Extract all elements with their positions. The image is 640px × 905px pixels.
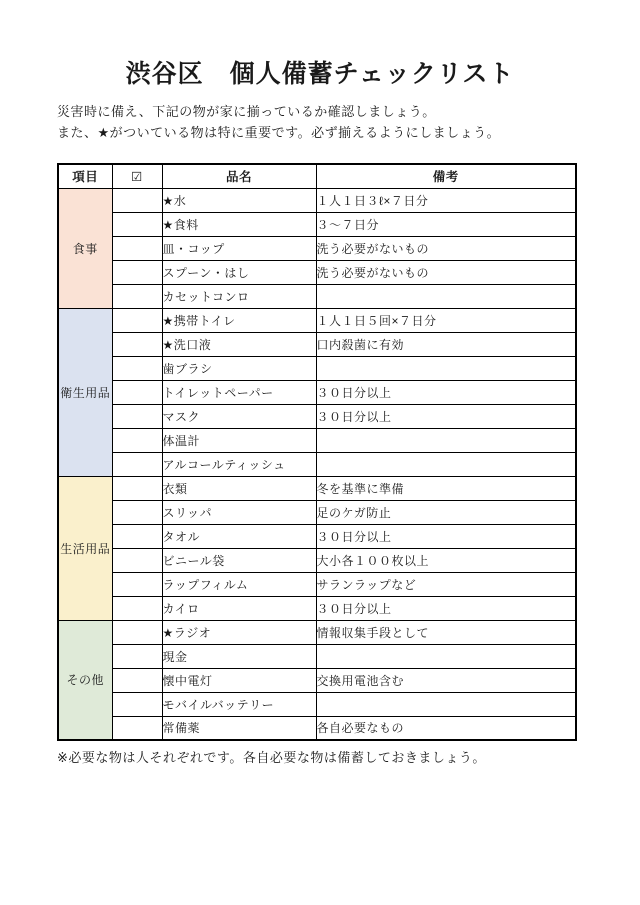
item-name-cell: スリッパ xyxy=(162,500,316,524)
item-name-cell: トイレットペーパー xyxy=(162,380,316,404)
item-note-cell: 交換用電池含む xyxy=(316,668,576,692)
item-note-cell: 洗う必要がないもの xyxy=(316,236,576,260)
item-name-cell: スプーン・はし xyxy=(162,260,316,284)
item-note-cell: 洗う必要がないもの xyxy=(316,260,576,284)
checkbox-cell[interactable] xyxy=(112,524,162,548)
item-note-cell: サランラップなど xyxy=(316,572,576,596)
intro-line-2: また、★がついている物は特に重要です。必ず揃えるようにしましょう。 xyxy=(57,122,500,143)
checkbox-cell[interactable] xyxy=(112,548,162,572)
header-item-name: 品名 xyxy=(162,164,316,188)
table-row: ビニール袋大小各１００枚以上 xyxy=(58,548,576,572)
table-body: 食事★水１人１日３ℓ×７日分★食料３～７日分皿・コップ洗う必要がないものスプーン… xyxy=(58,188,576,740)
checkbox-cell[interactable] xyxy=(112,692,162,716)
checkbox-cell[interactable] xyxy=(112,188,162,212)
item-name-cell: マスク xyxy=(162,404,316,428)
checkbox-cell[interactable] xyxy=(112,356,162,380)
item-name-cell: 常備薬 xyxy=(162,716,316,740)
checkbox-cell[interactable] xyxy=(112,332,162,356)
item-name-cell: ビニール袋 xyxy=(162,548,316,572)
item-name-cell: ★ラジオ xyxy=(162,620,316,644)
category-cell-0: 食事 xyxy=(58,188,112,308)
item-note-cell: ３０日分以上 xyxy=(316,524,576,548)
checkbox-cell[interactable] xyxy=(112,500,162,524)
header-note: 備考 xyxy=(316,164,576,188)
checkbox-cell[interactable] xyxy=(112,572,162,596)
checkbox-cell[interactable] xyxy=(112,452,162,476)
checkbox-cell[interactable] xyxy=(112,404,162,428)
checkbox-cell[interactable] xyxy=(112,644,162,668)
item-name-cell: アルコールティッシュ xyxy=(162,452,316,476)
item-name-cell: カセットコンロ xyxy=(162,284,316,308)
checkbox-cell[interactable] xyxy=(112,620,162,644)
checkbox-cell[interactable] xyxy=(112,596,162,620)
checkbox-cell[interactable] xyxy=(112,284,162,308)
document-page: 渋谷区 個人備蓄チェックリスト 災害時に備え、下記の物が家に揃っているか確認しま… xyxy=(0,0,640,905)
item-note-cell: 大小各１００枚以上 xyxy=(316,548,576,572)
table-row: タオル３０日分以上 xyxy=(58,524,576,548)
checkbox-cell[interactable] xyxy=(112,428,162,452)
table-row: 歯ブラシ xyxy=(58,356,576,380)
table-row: その他★ラジオ情報収集手段として xyxy=(58,620,576,644)
item-note-cell: 情報収集手段として xyxy=(316,620,576,644)
checkbox-cell[interactable] xyxy=(112,212,162,236)
item-note-cell: １人１日３ℓ×７日分 xyxy=(316,188,576,212)
item-note-cell: 口内殺菌に有効 xyxy=(316,332,576,356)
item-name-cell: ★洗口液 xyxy=(162,332,316,356)
item-name-cell: ラップフィルム xyxy=(162,572,316,596)
footnote: ※必要な物は人それぞれです。各自必要な物は備蓄しておきましょう。 xyxy=(57,747,486,766)
item-name-cell: モバイルバッテリー xyxy=(162,692,316,716)
table-row: スリッパ足のケガ防止 xyxy=(58,500,576,524)
item-note-cell: ３０日分以上 xyxy=(316,404,576,428)
item-name-cell: タオル xyxy=(162,524,316,548)
table-row: 皿・コップ洗う必要がないもの xyxy=(58,236,576,260)
item-name-cell: 懐中電灯 xyxy=(162,668,316,692)
table-row: ★洗口液口内殺菌に有効 xyxy=(58,332,576,356)
item-note-cell xyxy=(316,644,576,668)
header-checkbox-icon: ☑ xyxy=(112,164,162,188)
item-note-cell xyxy=(316,692,576,716)
item-name-cell: ★携帯トイレ xyxy=(162,308,316,332)
table-row: 体温計 xyxy=(58,428,576,452)
item-note-cell: ３～７日分 xyxy=(316,212,576,236)
table-row: 生活用品衣類冬を基準に準備 xyxy=(58,476,576,500)
table-row: モバイルバッテリー xyxy=(58,692,576,716)
item-note-cell: 冬を基準に準備 xyxy=(316,476,576,500)
item-note-cell: 各自必要なもの xyxy=(316,716,576,740)
item-note-cell xyxy=(316,452,576,476)
item-note-cell xyxy=(316,356,576,380)
item-name-cell: 歯ブラシ xyxy=(162,356,316,380)
category-cell-3: その他 xyxy=(58,620,112,740)
item-name-cell: ★水 xyxy=(162,188,316,212)
item-note-cell xyxy=(316,428,576,452)
page-title: 渋谷区 個人備蓄チェックリスト xyxy=(0,54,640,90)
category-cell-1: 衛生用品 xyxy=(58,308,112,476)
table-header-row: 項目 ☑ 品名 備考 xyxy=(58,164,576,188)
table-row: 食事★水１人１日３ℓ×７日分 xyxy=(58,188,576,212)
table-row: アルコールティッシュ xyxy=(58,452,576,476)
table-row: 常備薬各自必要なもの xyxy=(58,716,576,740)
item-name-cell: 現金 xyxy=(162,644,316,668)
table-row: ★食料３～７日分 xyxy=(58,212,576,236)
category-cell-2: 生活用品 xyxy=(58,476,112,620)
intro-text: 災害時に備え、下記の物が家に揃っているか確認しましょう。 また、★がついている物… xyxy=(57,101,500,143)
checkbox-cell[interactable] xyxy=(112,308,162,332)
table-row: 現金 xyxy=(58,644,576,668)
item-name-cell: 衣類 xyxy=(162,476,316,500)
item-note-cell: ３０日分以上 xyxy=(316,596,576,620)
table-row: 衛生用品★携帯トイレ１人１日５回×７日分 xyxy=(58,308,576,332)
checkbox-cell[interactable] xyxy=(112,668,162,692)
table-row: カセットコンロ xyxy=(58,284,576,308)
item-name-cell: 皿・コップ xyxy=(162,236,316,260)
table-row: スプーン・はし洗う必要がないもの xyxy=(58,260,576,284)
stockpile-checklist-table: 項目 ☑ 品名 備考 食事★水１人１日３ℓ×７日分★食料３～７日分皿・コップ洗う… xyxy=(57,163,577,741)
checkbox-cell[interactable] xyxy=(112,260,162,284)
item-note-cell: 足のケガ防止 xyxy=(316,500,576,524)
table-row: トイレットペーパー３０日分以上 xyxy=(58,380,576,404)
item-name-cell: 体温計 xyxy=(162,428,316,452)
table-row: カイロ３０日分以上 xyxy=(58,596,576,620)
checkbox-cell[interactable] xyxy=(112,716,162,740)
table-row: 懐中電灯交換用電池含む xyxy=(58,668,576,692)
item-note-cell xyxy=(316,284,576,308)
header-category: 項目 xyxy=(58,164,112,188)
table-row: マスク３０日分以上 xyxy=(58,404,576,428)
item-note-cell: ３０日分以上 xyxy=(316,380,576,404)
checkbox-cell[interactable] xyxy=(112,380,162,404)
table-row: ラップフィルムサランラップなど xyxy=(58,572,576,596)
intro-line-1: 災害時に備え、下記の物が家に揃っているか確認しましょう。 xyxy=(57,101,500,122)
checkbox-cell[interactable] xyxy=(112,236,162,260)
item-name-cell: ★食料 xyxy=(162,212,316,236)
checkbox-cell[interactable] xyxy=(112,476,162,500)
item-note-cell: １人１日５回×７日分 xyxy=(316,308,576,332)
item-name-cell: カイロ xyxy=(162,596,316,620)
